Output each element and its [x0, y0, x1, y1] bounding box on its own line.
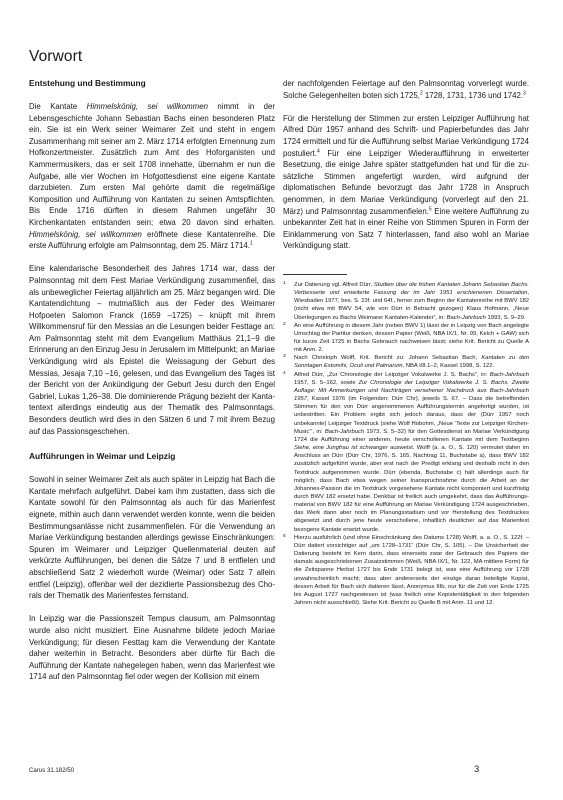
- text: , NBA I/8.1–2, Kassel 1998, S. 122.: [403, 363, 495, 369]
- footnote-number: 1: [283, 280, 286, 288]
- footnote-number: 5: [283, 533, 286, 541]
- text: 1957, S. 5–162, sowie: [294, 380, 358, 386]
- footnote-divider: [283, 274, 347, 275]
- footnote-number: 2: [283, 321, 286, 329]
- text: Die Kantate: [29, 102, 87, 111]
- footnote-5: 5Hierzu ausführlich (und ohne Einschränk…: [283, 534, 529, 607]
- footnote-number: 3: [283, 353, 286, 361]
- text: ausweist. Wolff (a. a. O., S. 120) vermu…: [294, 445, 529, 533]
- section-heading-performances: Aufführungen in Weimar und Leipzig: [29, 451, 275, 462]
- text: nimmt in der Lebensgeschichte Johann Seb…: [29, 102, 275, 227]
- citation-title: Siehe, eine Jungfrau ist schwanger: [294, 445, 388, 451]
- paragraph-parts: Für die Herstellung der Stimmen zur erst…: [283, 113, 529, 252]
- text: Nach Christoph Wolff, Krit. Bericht zu: …: [294, 355, 481, 361]
- paragraph-continued: der nachfolgenden Feiertage auf den Palm…: [283, 78, 529, 101]
- footnote-4: 4Alfred Dürr, „Zur Chronologie der Leipz…: [283, 371, 529, 534]
- page-number: 3: [474, 764, 479, 775]
- footnote-ref[interactable]: 3: [523, 90, 526, 96]
- paragraph-origin-1: Die Kantate Himmelskönig, sei willkommen…: [29, 101, 275, 252]
- page-title: Vorwort: [29, 48, 82, 66]
- paragraph-performances-1: Sowohl in seiner Weimarer Zeit als auch …: [29, 474, 275, 602]
- text: An eine Aufführung in diesem Jahr (neben…: [294, 323, 529, 353]
- paragraph-performances-2: In Leipzig war die Passionszeit Tempus c…: [29, 613, 275, 683]
- text: Für eine Leipziger Wiederaufführung in e…: [283, 149, 529, 216]
- citation-title: Bach-Jahrbuch: [447, 315, 486, 321]
- footnote-2: 2An eine Aufführung in diesem Jahr (nebe…: [283, 322, 529, 355]
- footnotes-list: 1Zur Datierung vgl. Alfred Dürr, Studien…: [283, 281, 529, 607]
- publisher-catalog-number: Carus 31.182/50: [29, 767, 74, 774]
- footnote-ref[interactable]: 1: [250, 241, 253, 247]
- work-title: Himmelskönig, sei willkommen: [87, 102, 208, 111]
- footnote-1: 1Zur Datierung vgl. Alfred Dürr, Studien…: [283, 281, 529, 322]
- right-column: der nachfolgenden Feiertage auf den Palm…: [283, 78, 529, 607]
- work-title: Himmelskönig, sei willkom­men: [29, 230, 142, 239]
- paragraph-origin-2: Eine kalendarische Besonderheit des Jahr…: [29, 263, 275, 437]
- footnote-number: 4: [283, 370, 286, 378]
- citation-title: Bach-Jahr­buch: [325, 429, 364, 435]
- text: 1993, S. 9–29.: [486, 315, 526, 321]
- section-heading-origin: Entstehung und Bestimmung: [29, 78, 275, 89]
- footnote-3: 3Nach Christoph Wolff, Krit. Bericht zu:…: [283, 354, 529, 370]
- text: Hierzu ausführlich (und ohne Einschränku…: [294, 535, 529, 606]
- text: Zur Datierung vgl. Alfred Dürr,: [294, 282, 374, 288]
- text: Alfred Dürr, „Zur Chronologie der Leipzi…: [294, 372, 490, 378]
- text: 1728, 1731, 1736 und 1742.: [423, 91, 523, 100]
- citation-title: Bach-Jahrbuch: [490, 372, 529, 378]
- left-column: Entstehung und Bestimmung Die Kantate Hi…: [29, 78, 275, 683]
